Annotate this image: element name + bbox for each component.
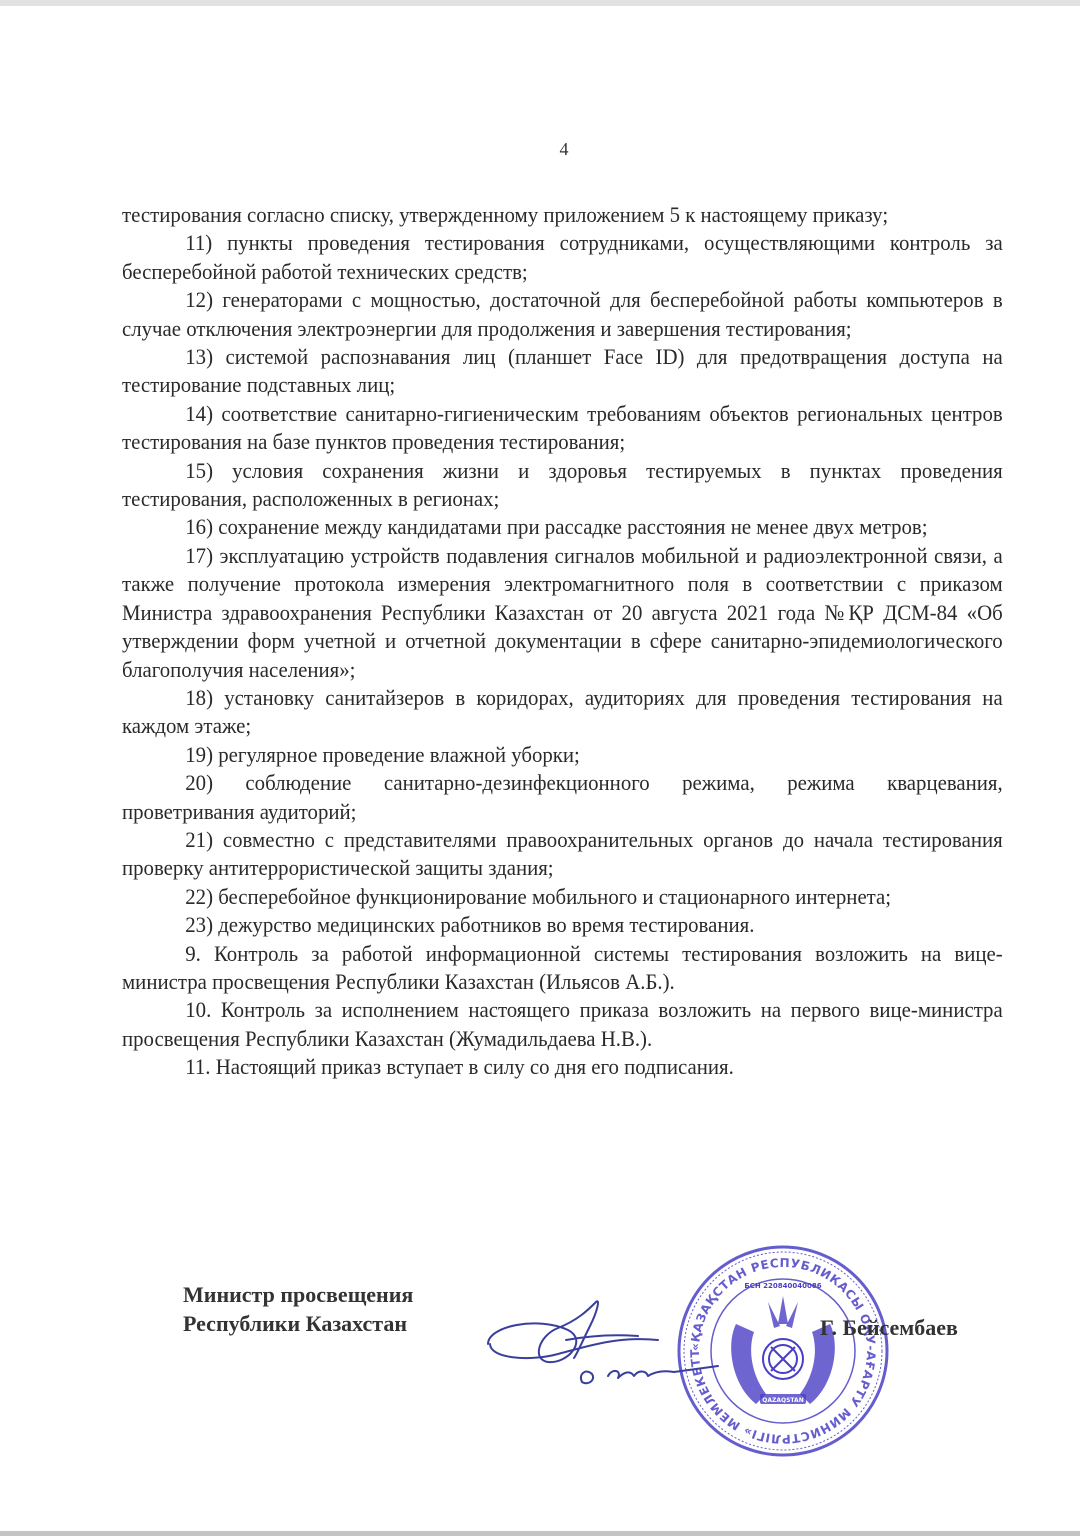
list-item-13: 13) системой распознавания лиц (планшет …: [122, 343, 1003, 400]
list-item-15: 15) условия сохранения жизни и здоровья …: [122, 457, 1003, 514]
top-border-strip: [0, 0, 1080, 6]
list-item-17: 17) эксплуатацию устройств подавления си…: [122, 542, 1003, 684]
paragraph-text: 16) сохранение между кандидатами при рас…: [185, 514, 927, 539]
svg-text:QAZAQSTAN: QAZAQSTAN: [762, 1397, 803, 1404]
paragraph-text: 23) дежурство медицинских работников во …: [185, 912, 754, 937]
handwritten-signature-icon: [478, 1296, 728, 1396]
paragraph-text: 11. Настоящий приказ вступает в силу со …: [185, 1054, 734, 1079]
list-item-18: 18) установку санитайзеров в коридорах, …: [122, 684, 1003, 741]
paragraph-text: 20) соблюдение санитарно-дезинфекционног…: [122, 770, 1003, 823]
clause-9: 9. Контроль за работой информационной си…: [122, 940, 1003, 997]
paragraph-text: 19) регулярное проведение влажной уборки…: [185, 742, 580, 767]
list-item-12: 12) генераторами с мощностью, достаточно…: [122, 286, 1003, 343]
paragraph-text: 14) соответствие санитарно-гигиеническим…: [122, 401, 1003, 454]
page-number: 4: [0, 139, 1080, 160]
list-item-16: 16) сохранение между кандидатами при рас…: [122, 513, 1003, 541]
clause-10: 10. Контроль за исполнением настоящего п…: [122, 996, 1003, 1053]
paragraph-text: 13) системой распознавания лиц (планшет …: [122, 344, 1003, 397]
signatory-title-line1: Министр просвещения: [183, 1280, 413, 1309]
paragraph-text: 12) генераторами с мощностью, достаточно…: [122, 287, 1003, 340]
list-item-22: 22) бесперебойное функционирование мобил…: [122, 883, 1003, 911]
paragraph-text: 10. Контроль за исполнением настоящего п…: [122, 997, 1003, 1050]
signatory-title-line2: Республики Казахстан: [183, 1309, 413, 1338]
document-body: тестирования согласно списку, утвержденн…: [122, 201, 941, 1082]
list-item-14: 14) соответствие санитарно-гигиеническим…: [122, 400, 1003, 457]
paragraph-text: 11) пункты проведения тестирования сотру…: [122, 230, 1003, 283]
paragraph-continuation: тестирования согласно списку, утвержденн…: [122, 201, 1003, 229]
list-item-19: 19) регулярное проведение влажной уборки…: [122, 741, 1003, 769]
clause-11: 11. Настоящий приказ вступает в силу со …: [122, 1053, 1003, 1081]
list-item-20: 20) соблюдение санитарно-дезинфекционног…: [122, 769, 1003, 826]
paragraph-text: 18) установку санитайзеров в коридорах, …: [122, 685, 1003, 738]
list-item-21: 21) совместно с представителями правоохр…: [122, 826, 1003, 883]
paragraph-text: 22) бесперебойное функционирование мобил…: [185, 884, 891, 909]
svg-text:БСН 220840040086: БСН 220840040086: [744, 1282, 821, 1290]
bottom-border-strip: [0, 1531, 1080, 1536]
paragraph-text: 15) условия сохранения жизни и здоровья …: [122, 458, 1003, 511]
signer-name: Г. Бейсембаев: [820, 1315, 958, 1341]
paragraph-text: тестирования согласно списку, утвержденн…: [122, 202, 888, 227]
paragraph-text: 17) эксплуатацию устройств подавления си…: [122, 543, 1003, 682]
signatory-title: Министр просвещения Республики Казахстан: [183, 1280, 413, 1338]
paragraph-text: 9. Контроль за работой информационной си…: [122, 941, 1003, 994]
paragraph-text: 21) совместно с представителями правоохр…: [122, 827, 1003, 880]
list-item-11: 11) пункты проведения тестирования сотру…: [122, 229, 1003, 286]
list-item-23: 23) дежурство медицинских работников во …: [122, 911, 1003, 939]
